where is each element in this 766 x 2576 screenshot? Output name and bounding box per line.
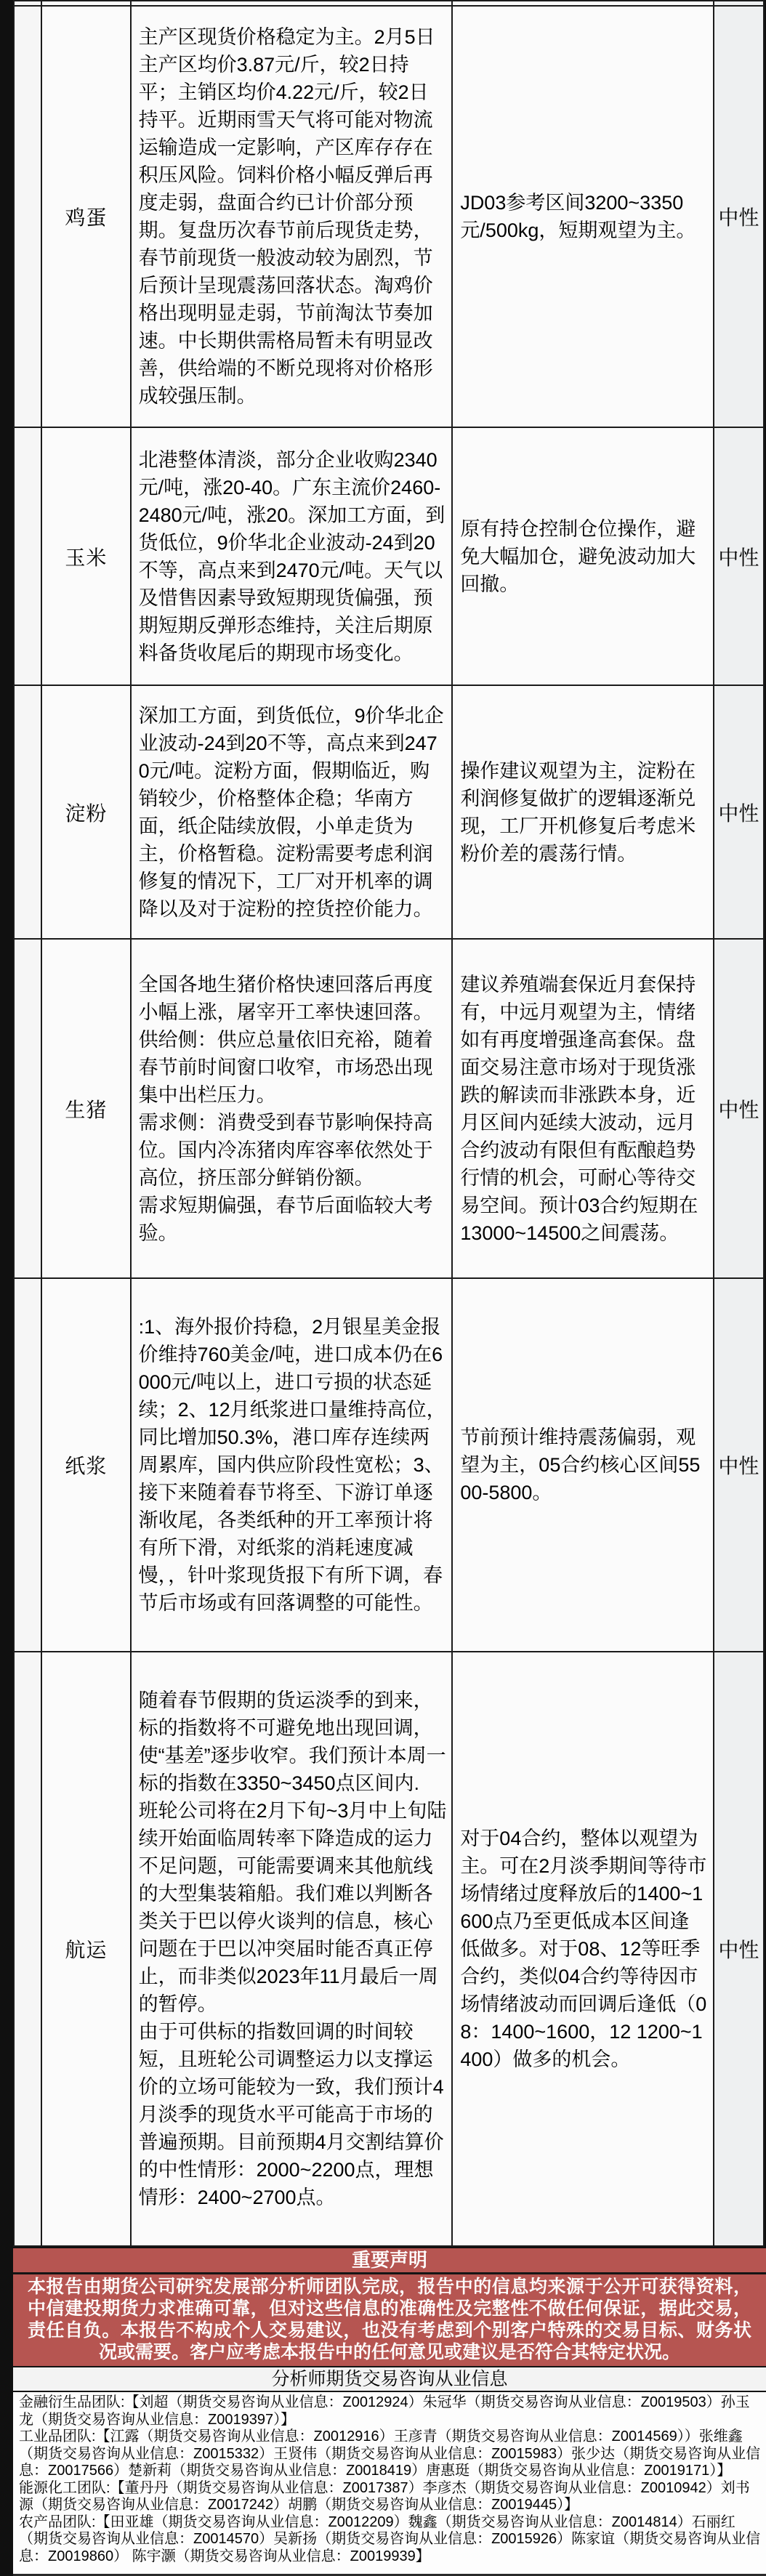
rating-badge: 中性 [714,685,764,939]
empty-cell [14,685,41,939]
commodity-name: 玉米 [41,427,130,685]
table-row: 生猪 全国各地生猪价格快速回落后再度小幅上涨，屠宰开工率快速回落。 供给侧：供应… [14,939,764,1278]
analysis-text: 全国各地生猪价格快速回落后再度小幅上涨，屠宰开工率快速回落。 供给侧：供应总量依… [131,939,453,1278]
empty-cell [452,1,713,6]
analysis-text: 随着春节假期的货运淡季的到来，标的指数将不可避免地出现回调，使“基差”逐步收窄。… [131,1652,453,2246]
table-row: 航运 随着春节假期的货运淡季的到来，标的指数将不可避免地出现回调，使“基差”逐步… [14,1652,764,2246]
analyst-info-body: 金融衍生品团队:【刘超（期货交易咨询从业信息：Z0012924）朱冠华（期货交易… [13,2392,766,2576]
suggestion-text: JD03参考区间3200~3350元/500kg，短期观望为主。 [452,6,713,427]
suggestion-text: 节前预计维持震荡偏弱，观望为主，05合约核心区间5500-5800。 [452,1278,713,1652]
important-statement-title: 重要声明 [13,2248,766,2274]
analyst-team-line: 工业品团队:【江露（期货交易咨询从业信息：Z0012916）王彦青（期货交易咨询… [19,2428,763,2480]
analyst-team-line: 农产品团队:【田亚雄（期货交易咨询从业信息：Z0012209）魏鑫（期货交易咨询… [19,2514,763,2566]
rating-badge: 中性 [714,427,764,685]
commodity-name: 纸浆 [41,1278,130,1652]
rating-badge: 中性 [714,1652,764,2246]
rating-badge: 中性 [714,6,764,427]
empty-cell [14,427,41,685]
suggestion-text: 原有持仓控制仓位操作，避免大幅加仓，避免波动加大回撤。 [452,427,713,685]
suggestion-text: 建议养殖端套保近月套保持有，中远月观望为主，情绪如有再度增强逢高套保。盘面交易注… [452,939,713,1278]
table-row: 纸浆 :1、海外报价持稳，2月银星美金报价维持760美金/吨，进口成本仍在600… [14,1278,764,1652]
empty-cell [14,1652,41,2246]
table-row-partial [14,1,764,6]
empty-cell [714,1,764,6]
analyst-team-line: 能源化工团队:【董丹丹（期货交易咨询从业信息：Z0017387）李彦杰（期货交易… [19,2480,763,2514]
analysis-text: 北港整体清淡，部分企业收购2340元/吨，涨20-40。广东主流价2460-24… [131,427,453,685]
report-page: 鸡蛋 主产区现货价格稳定为主。2月5日主产区均价3.87元/斤，较2日持平；主销… [13,0,766,2576]
empty-cell [14,6,41,427]
empty-cell [41,1,130,6]
analyst-team-line: 金融衍生品团队:【刘超（期货交易咨询从业信息：Z0012924）朱冠华（期货交易… [19,2394,763,2428]
commodity-name: 淀粉 [41,685,130,939]
rating-badge: 中性 [714,939,764,1278]
empty-cell [14,939,41,1278]
empty-cell [131,1,453,6]
important-statement-body: 本报告由期货公司研究发展部分析师团队完成，报告中的信息均来源于公开可获得资料，中… [13,2274,766,2366]
commodity-name: 鸡蛋 [41,6,130,427]
commodity-outlook-table: 鸡蛋 主产区现货价格稳定为主。2月5日主产区均价3.87元/斤，较2日持平；主销… [13,0,765,2247]
analysis-text: 主产区现货价格稳定为主。2月5日主产区均价3.87元/斤，较2日持平；主销区均价… [131,6,453,427]
table-row: 玉米 北港整体清淡，部分企业收购2340元/吨，涨20-40。广东主流价2460… [14,427,764,685]
suggestion-text: 对于04合约，整体以观望为主。可在2月淡季期间等待市场情绪过度释放后的1400~… [452,1652,713,2246]
analysis-text: :1、海外报价持稳，2月银星美金报价维持760美金/吨，进口成本仍在6000元/… [131,1278,453,1652]
table-row: 鸡蛋 主产区现货价格稳定为主。2月5日主产区均价3.87元/斤，较2日持平；主销… [14,6,764,427]
analysis-text: 深加工方面，到货低位，9价华北企业波动-24到20不等，高点来到2470元/吨。… [131,685,453,939]
table-row: 淀粉 深加工方面，到货低位，9价华北企业波动-24到20不等，高点来到2470元… [14,685,764,939]
rating-badge: 中性 [714,1278,764,1652]
empty-cell [14,1,41,6]
empty-cell [14,1278,41,1652]
commodity-name: 航运 [41,1652,130,2246]
suggestion-text: 操作建议观望为主，淀粉在利润修复做扩的逻辑逐渐兑现，工厂开机修复后考虑米粉价差的… [452,685,713,939]
commodity-name: 生猪 [41,939,130,1278]
analyst-info-title: 分析师期货交易咨询从业信息 [13,2366,766,2392]
